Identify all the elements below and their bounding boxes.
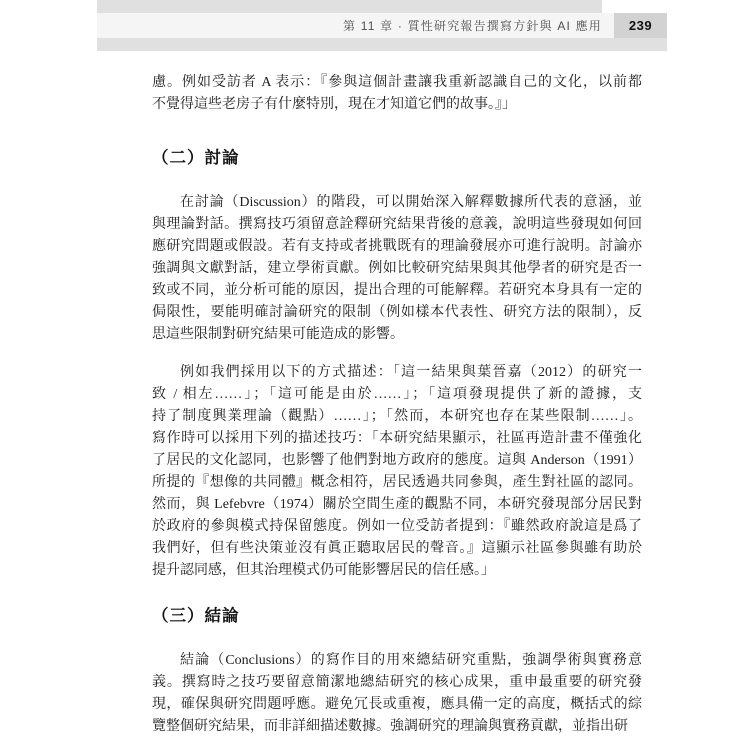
text-line: 了居民的文化認同，也影響了他們對地方政府的態度。這與 Anderson（1991…	[152, 450, 642, 472]
paragraph: 結論（Conclusions）的寫作目的用來總結研究重點，強調學術與實務意義。撰…	[152, 650, 642, 738]
text-line: 例如我們採用以下的方式描述：「這一結果與葉晉嘉（2012）的研究一	[152, 362, 642, 384]
page-number-box: 239	[614, 13, 667, 38]
book-page: 第 11 章 · 質性研究報告撰寫方針與 AI 應用 239 慮。例如受訪者 A…	[0, 0, 750, 750]
text-line: 致 / 相左……」；「這可能是由於……」；「這項發現提供了新的證據，支	[152, 384, 642, 406]
text-line: 思這些限制對研究結果可能造成的影響。	[152, 324, 642, 346]
text-line: 所提的『想像的共同體』概念相符，居民透過共同參與，產生對社區的認同。	[152, 472, 642, 494]
text-line: 於政府的參與模式持保留態度。例如一位受訪者提到：『雖然政府說這是爲了	[152, 516, 642, 538]
page-number: 239	[629, 18, 652, 33]
paragraph: 例如我們採用以下的方式描述：「這一結果與葉晉嘉（2012）的研究一致 / 相左……	[152, 362, 642, 582]
text-line: 義。撰寫時之技巧要留意簡潔地總結研究的核心成果，重申最重要的研究發	[152, 672, 642, 694]
header-bottom-bar	[97, 38, 667, 51]
text-line: 與理論對話。撰寫技巧須留意詮釋研究結果背後的意義，說明這些發現如何回	[152, 214, 642, 236]
text-line: 不覺得這些老房子有什麼特別，現在才知道它們的故事。』」	[152, 94, 642, 116]
text-line: 應研究問題或假設。若有支持或者挑戰既有的理論發展亦可進行說明。討論亦	[152, 236, 642, 258]
paragraph: 慮。例如受訪者 A 表示：『參與這個計畫讓我重新認識自己的文化，以前都不覺得這些…	[152, 72, 642, 116]
header-top-bar	[97, 0, 602, 13]
text-line: 強調與文獻對話，建立學術貢獻。例如比較研究結果與其他學者的研究是否一	[152, 258, 642, 280]
running-header: 第 11 章 · 質性研究報告撰寫方針與 AI 應用 239	[97, 0, 667, 51]
header-title-band: 第 11 章 · 質性研究報告撰寫方針與 AI 應用	[97, 13, 614, 38]
text-line: 覽整個研究結果，而非詳細描述數據。強調研究的理論與實務貢獻，並指出研	[152, 716, 642, 738]
text-line: 提升認同感，但其治理模式仍可能影響居民的信任感。」	[152, 560, 642, 582]
text-line: 寫作時可以採用下列的描述技巧：「本研究結果顯示，社區再造計畫不僅強化	[152, 428, 642, 450]
text-line: 然而，與 Lefebvre（1974）關於空間生產的觀點不同，本研究發現部分居民…	[152, 494, 642, 516]
header-top-row	[97, 0, 667, 13]
paragraph: 在討論（Discussion）的階段，可以開始深入解釋數據所代表的意涵，並與理論…	[152, 192, 642, 346]
text-line: 在討論（Discussion）的階段，可以開始深入解釋數據所代表的意涵，並	[152, 192, 642, 214]
page-body: 慮。例如受訪者 A 表示：『參與這個計畫讓我重新認識自己的文化，以前都不覺得這些…	[152, 72, 642, 738]
text-line: 侷限性，要能明確討論研究的限制（例如樣本代表性、研究方法的限制），反	[152, 302, 642, 324]
text-line: 致或不同，並分析可能的原因，提出合理的可能解釋。若研究本身具有一定的	[152, 280, 642, 302]
text-line: 現，確保與研究問題呼應。避免冗長或重複，應具備一定的高度，概括式的綜	[152, 694, 642, 716]
section-heading: （二）討論	[152, 146, 642, 170]
header-mid-row: 第 11 章 · 質性研究報告撰寫方針與 AI 應用 239	[97, 13, 667, 38]
section-heading: （三）結論	[152, 604, 642, 628]
text-line: 慮。例如受訪者 A 表示：『參與這個計畫讓我重新認識自己的文化，以前都	[152, 72, 642, 94]
text-line: 持了制度興業理論（觀點）……」；「然而，本研究也存在某些限制……」。	[152, 406, 642, 428]
chapter-title: 第 11 章 · 質性研究報告撰寫方針與 AI 應用	[343, 17, 602, 34]
text-line: 結論（Conclusions）的寫作目的用來總結研究重點，強調學術與實務意	[152, 650, 642, 672]
text-line: 我們好，但有些決策並沒有眞正聽取居民的聲音。』這顯示社區參與雖有助於	[152, 538, 642, 560]
